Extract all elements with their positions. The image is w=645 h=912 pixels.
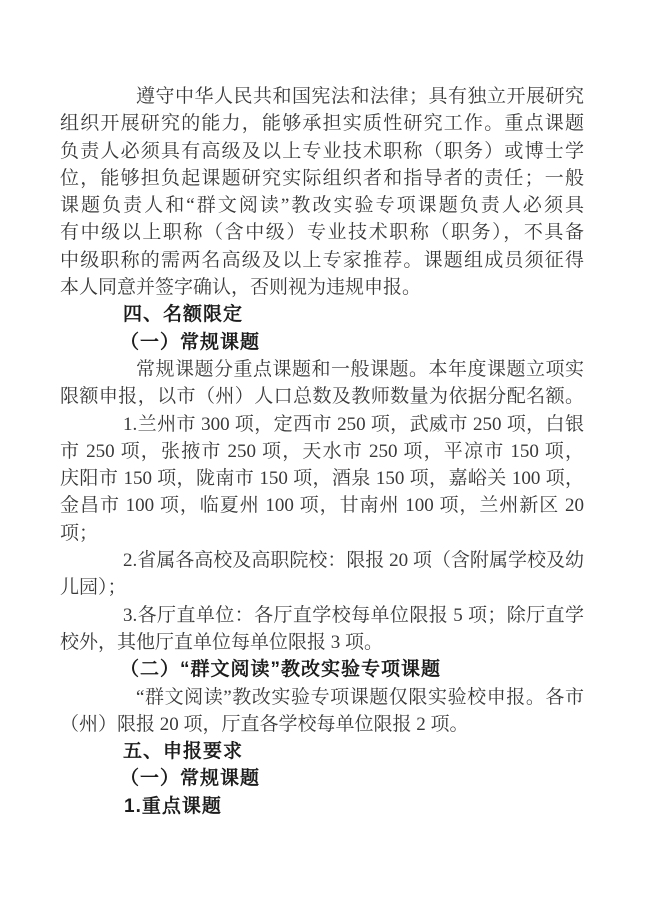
- paragraph-line: 金昌市 100 项，临夏州 100 项，甘南州 100 项，兰州新区 20: [60, 492, 584, 519]
- paragraph-line: 3.各厅直单位：各厅直学校每单位限报 5 项；除厅直学: [60, 602, 584, 629]
- paragraph-line: （州）限报 20 项，厅直各学校每单位限报 2 项。: [60, 711, 584, 738]
- paragraph-line: 位，能够担负起课题研究实际组织者和指导者的责任；一般: [60, 165, 584, 192]
- section-heading: （二）“群文阅读”教改实验专项课题: [120, 656, 584, 683]
- section-heading: （一）常规课题: [120, 765, 584, 792]
- paragraph-line: “群文阅读”教改实验专项课题仅限实验校申报。各市: [60, 684, 584, 711]
- paragraph-line: 1.兰州市 300 项，定西市 250 项，武威市 250 项，白银: [60, 411, 584, 438]
- paragraph-line: 常规课题分重点课题和一般课题。本年度课题立项实行: [60, 356, 584, 383]
- paragraph-line: 本人同意并签字确认，否则视为违规申报。: [60, 274, 584, 301]
- section-heading: （一）常规课题: [120, 329, 584, 356]
- paragraph-line: 项；: [60, 520, 584, 547]
- document-page: 遵守中华人民共和国宪法和法律；具有独立开展研究和 组织开展研究的能力，能够承担实…: [0, 0, 645, 912]
- section-heading: 五、申报要求: [123, 738, 584, 765]
- paragraph-line: 2.省属各高校及高职院校：限报 20 项（含附属学校及幼: [60, 547, 584, 574]
- paragraph-line: 校外，其他厅直单位每单位限报 3 项。: [60, 629, 584, 656]
- document-body: 遵守中华人民共和国宪法和法律；具有独立开展研究和 组织开展研究的能力，能够承担实…: [60, 83, 584, 820]
- paragraph-line: 庆阳市 150 项，陇南市 150 项，酒泉 150 项，嘉峪关 100 项，: [60, 465, 584, 492]
- paragraph-line: 负责人必须具有高级及以上专业技术职称（职务）或博士学: [60, 138, 584, 165]
- paragraph-line: 组织开展研究的能力，能够承担实质性研究工作。重点课题: [60, 110, 584, 137]
- paragraph-line: 儿园）；: [60, 574, 584, 601]
- section-heading: 1.重点课题: [124, 793, 584, 820]
- paragraph-line: 限额申报，以市（州）人口总数及教师数量为依据分配名额。: [60, 383, 584, 410]
- section-heading: 四、名额限定: [123, 301, 584, 328]
- paragraph-line: 遵守中华人民共和国宪法和法律；具有独立开展研究和: [60, 83, 584, 110]
- paragraph-line: 中级职称的需两名高级及以上专家推荐。课题组成员须征得: [60, 247, 584, 274]
- paragraph-line: 有中级以上职称（含中级）专业技术职称（职务），不具备: [60, 219, 584, 246]
- paragraph-line: 市 250 项，张掖市 250 项，天水市 250 项，平凉市 150 项，: [60, 438, 584, 465]
- paragraph-line: 课题负责人和“群文阅读”教改实验专项课题负责人必须具: [60, 192, 584, 219]
